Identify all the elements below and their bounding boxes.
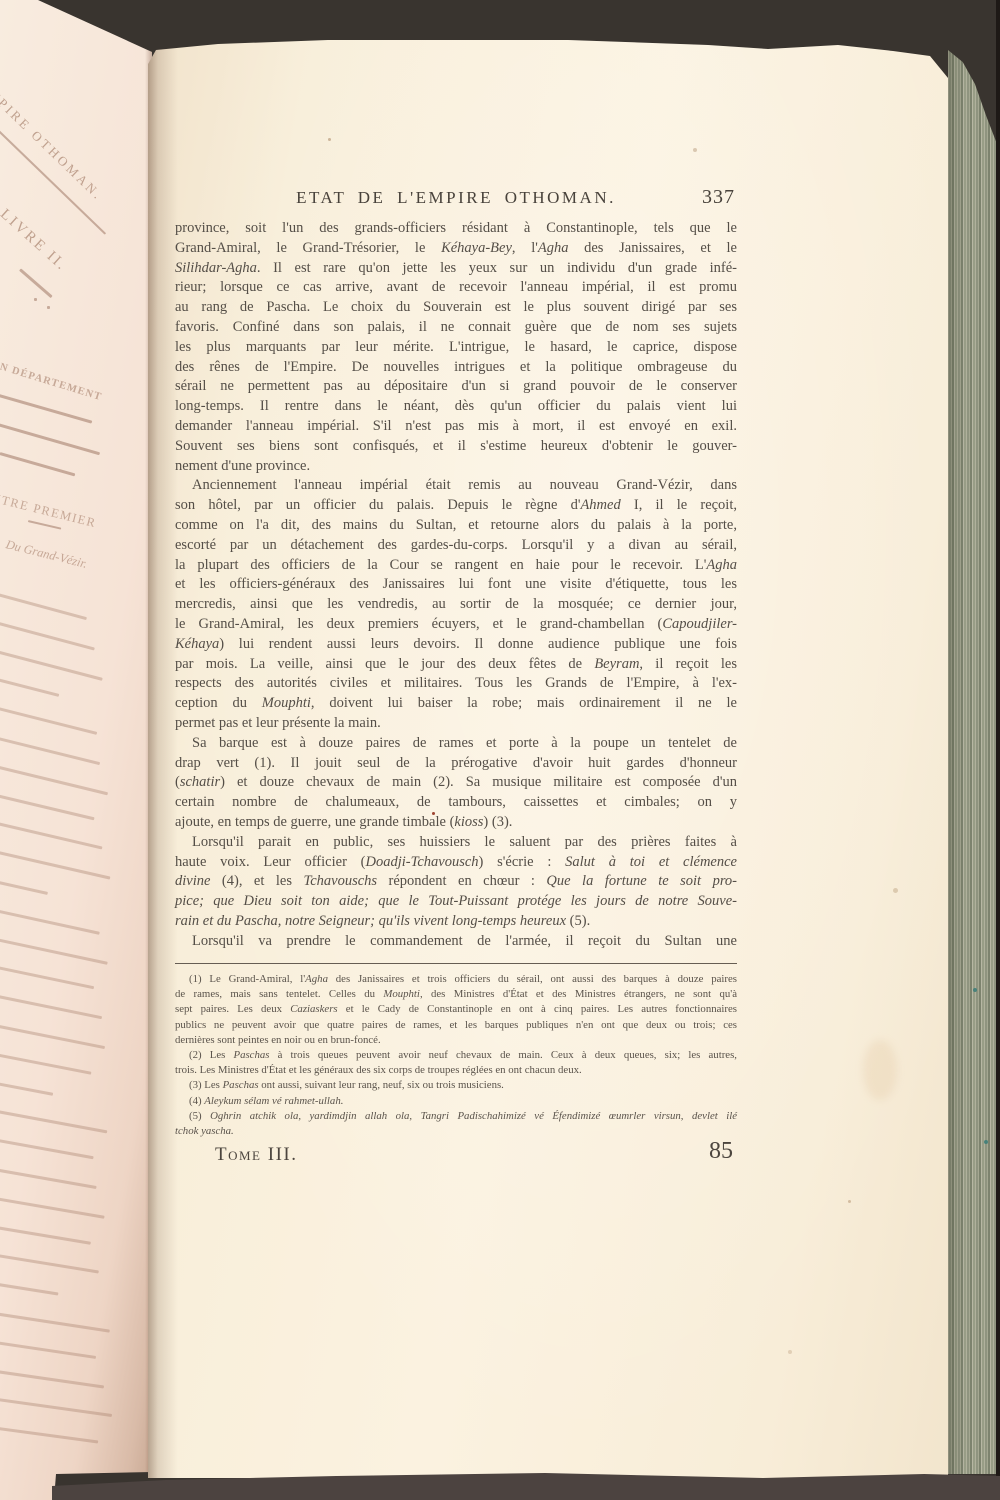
text-line: divine (4), et les Tchavouschs répondent…	[175, 873, 737, 893]
faint-line	[19, 268, 53, 298]
paragraph: Lorsqu'il parait en public, ses huissier…	[175, 834, 737, 933]
faint-line	[0, 707, 97, 734]
book-photo: L'EMPIRE OTHOMAN.LIVRE II.VÉZIR ET DE SO…	[0, 0, 1000, 1500]
faint-line	[0, 1110, 107, 1133]
text-line: Lorsqu'il va prendre le commandement de …	[175, 933, 737, 953]
text-line: Lorsqu'il parait en public, ses huissier…	[175, 834, 737, 854]
faint-line	[47, 306, 50, 309]
faint-line	[0, 736, 100, 765]
text-line: au rang de Pascha. Le choix du Souverain…	[175, 299, 737, 319]
signature-number: 85	[709, 1138, 733, 1165]
book-cover-edge	[996, 0, 1000, 1500]
text-line: des rênes de l'Empire. De nouvelles intr…	[175, 359, 737, 379]
footnote-line: (3) Les Paschas ont aussi, suivant leur …	[175, 1079, 737, 1094]
faint-text-fragment: VÉZIR ET DE SON DÉPARTEMENT	[0, 332, 103, 403]
faint-line	[0, 592, 87, 620]
text-line: long-temps. Il rentre dans le néant, dès…	[175, 398, 737, 418]
text-line: son hôtel, par un officier du palais. De…	[175, 497, 737, 517]
paragraph: province, soit l'un des grands-officiers…	[175, 220, 737, 477]
footnote: (5) Oghrin atchik ola, yardimdjin allah …	[175, 1110, 737, 1140]
page-footer: Tome III. 85	[175, 1138, 737, 1178]
text-line: demander l'anneau impérial. S'il n'est p…	[175, 418, 737, 438]
text-line: (schatir) et douze chevaux de main (2). …	[175, 774, 737, 794]
page-number: 337	[702, 186, 735, 209]
text-line: permet pas et leur présente la main.	[175, 715, 737, 735]
footnote-line: de rames, mais sans tentelet. Celles du …	[175, 988, 737, 1003]
paper-speck	[693, 148, 697, 152]
text-line: par mois. La veille, ainsi que le jour d…	[175, 656, 737, 676]
text-line: et les officiers-généraux des Janissaire…	[175, 576, 737, 596]
footnote-separator	[175, 963, 737, 964]
paragraph: Anciennement l'anneau impérial était rem…	[175, 477, 737, 734]
faint-line	[0, 1283, 58, 1295]
faint-line	[0, 1053, 91, 1074]
footnote-line: (5) Oghrin atchik ola, yardimdjin allah …	[175, 1110, 737, 1125]
faint-line	[0, 422, 100, 455]
faint-line	[0, 1226, 91, 1244]
faint-line	[0, 1427, 98, 1443]
paper-stain	[863, 1040, 897, 1100]
text-line: respects des autorités civiles et milita…	[175, 675, 737, 695]
faint-line	[0, 938, 108, 964]
paper-speck	[893, 888, 898, 893]
paper-speck	[788, 1350, 792, 1354]
footnote-line: publics ne peuvent avoir que quatre pair…	[175, 1019, 737, 1034]
edge-speck	[984, 1140, 988, 1144]
paper-speck	[432, 812, 435, 815]
faint-line	[0, 621, 95, 650]
faint-line	[0, 1312, 110, 1332]
text-line: sérail ne permettent pas au dépositaire …	[175, 378, 737, 398]
text-line: haute voix. Leur officier (Doadji-Tchavo…	[175, 854, 737, 874]
footnote: (1) Le Grand-Amiral, l'Agha des Janissai…	[175, 973, 737, 1049]
faint-line	[0, 1398, 112, 1417]
faint-line	[0, 909, 100, 934]
paragraph: Lorsqu'il va prendre le commandement de …	[175, 933, 737, 953]
text-line: pice; que Dieu soit ton aide; que le Tou…	[175, 893, 737, 913]
faint-line	[0, 851, 110, 879]
footnote-line: trois. Les Ministres d'État et les génér…	[175, 1064, 737, 1079]
footnote: (2) Les Paschas à trois queues peuvent a…	[175, 1049, 737, 1079]
text-line: certain nombre de chalumeaux, de tambour…	[175, 794, 737, 814]
footnote-line: (4) Aleykum sélam vé rahmet-ullah.	[175, 1095, 737, 1110]
text-line: province, soit l'un des grands-officiers…	[175, 220, 737, 240]
faint-line	[0, 1168, 97, 1189]
running-title: ETAT DE L'EMPIRE OTHOMAN.	[175, 188, 737, 208]
faint-text-fragment: LIVRE II.	[0, 206, 70, 275]
volume-label: Tome III.	[215, 1144, 297, 1166]
text-line: ajoute, en temps de guerre, une grande t…	[175, 814, 737, 834]
faint-line	[0, 1370, 104, 1388]
text-line: Grand-Amiral, le Grand-Trésorier, le Kéh…	[175, 240, 737, 260]
text-line: les plus marquants par leur mérite. L'in…	[175, 339, 737, 359]
text-line: Souvent ses biens sont confisqués, et il…	[175, 438, 737, 458]
text-line: la plupart des officiers de la Cour se r…	[175, 557, 737, 577]
paragraph: Sa barque est à douze paires de rames et…	[175, 735, 737, 834]
faint-line	[0, 765, 108, 795]
faint-line	[0, 1341, 96, 1359]
faint-line	[0, 995, 102, 1019]
faint-line	[0, 880, 48, 895]
footnote-line: (1) Le Grand-Amiral, l'Agha des Janissai…	[175, 973, 737, 988]
faint-line	[0, 1254, 99, 1273]
faint-line	[0, 794, 95, 820]
text-line: Kéhaya) lui rendent aussi leurs devoirs.…	[175, 636, 737, 656]
edge-speck	[973, 988, 977, 992]
faint-line	[0, 966, 94, 989]
faint-line	[0, 678, 59, 696]
footnote: (3) Les Paschas ont aussi, suivant leur …	[175, 1079, 737, 1094]
page-header: ETAT DE L'EMPIRE OTHOMAN. 337	[175, 188, 737, 220]
faint-line	[0, 1024, 105, 1049]
faint-line	[0, 822, 102, 849]
faint-line	[0, 650, 103, 680]
text-line: rain et du Pascha, notre Seigneur; qu'il…	[175, 913, 737, 933]
footnote-line: sept paires. Les deux Caziaskers et le C…	[175, 1003, 737, 1018]
book-fore-edge	[948, 24, 997, 1474]
text-line: ception du Mouphti, doivent lui baiser l…	[175, 695, 737, 715]
faint-text-fragment: Du Grand-Vézir.	[4, 537, 88, 572]
text-line: Silihdar-Agha. Il est rare qu'on jette l…	[175, 260, 737, 280]
text-line: mercredis, ainsi que les vendredis, au s…	[175, 596, 737, 616]
text-line: favoris. Confiné dans son palais, il ne …	[175, 319, 737, 339]
text-line: escorté par un détachement des gardes-du…	[175, 537, 737, 557]
book-page: ETAT DE L'EMPIRE OTHOMAN. 337 province, …	[148, 20, 948, 1478]
text-line: Sa barque est à douze paires de rames et…	[175, 735, 737, 755]
text-line: Anciennement l'anneau impérial était rem…	[175, 477, 737, 497]
faint-line	[0, 1139, 94, 1159]
text-line: drap vert (1). Il jouit seul de la préro…	[175, 755, 737, 775]
footnotes: (1) Le Grand-Amiral, l'Agha des Janissai…	[175, 973, 737, 1140]
paper-speck	[848, 1200, 851, 1203]
faint-line	[0, 1197, 105, 1218]
faint-line	[0, 1082, 53, 1095]
text-line: le Grand-Amiral, les deux premiers écuye…	[175, 616, 737, 636]
text-line: nement d'une province.	[175, 458, 737, 478]
paper-speck	[328, 138, 331, 141]
faint-line	[0, 452, 75, 476]
text-line: comme on l'a dit, des mains du Sultan, e…	[175, 517, 737, 537]
footnote-line: (2) Les Paschas à trois queues peuvent a…	[175, 1049, 737, 1064]
footnote-line: dernières sont peintes en noir ou en bru…	[175, 1034, 737, 1049]
footnote: (4) Aleykum sélam vé rahmet-ullah.	[175, 1095, 737, 1110]
previous-page: L'EMPIRE OTHOMAN.LIVRE II.VÉZIR ET DE SO…	[0, 0, 152, 1500]
faint-line	[34, 298, 37, 301]
body-text: province, soit l'un des grands-officiers…	[175, 220, 737, 952]
text-line: rieur; lorsque ce cas arrive, avant de r…	[175, 279, 737, 299]
